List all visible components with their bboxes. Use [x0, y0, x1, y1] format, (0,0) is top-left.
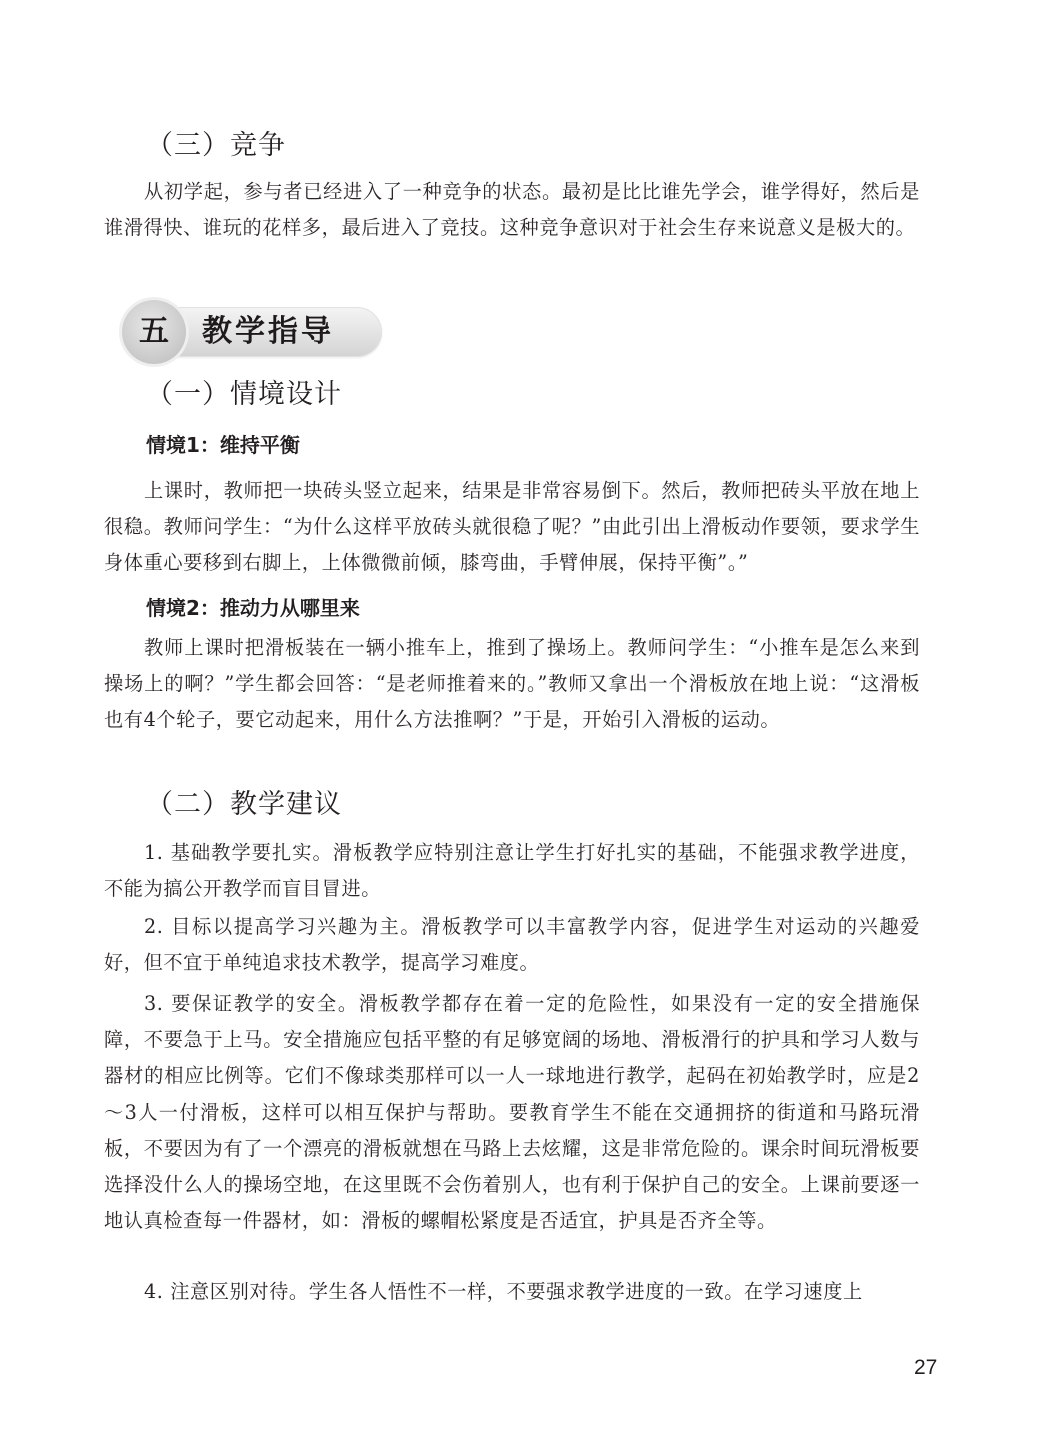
section-heading-teaching-suggestions: （二）教学建议: [146, 787, 342, 823]
suggestion-item-1: 1. 基础教学要扎实。滑板教学应特别注意让学生打好扎实的基础，不能强求教学进度，…: [104, 835, 920, 907]
situation-1-title: 情境1：维持平衡: [146, 430, 300, 460]
chapter-number: 五: [122, 300, 186, 364]
suggestion-item-4: 4. 注意区别对待。学生各人悟性不一样，不要强求教学进度的一致。在学习速度上: [104, 1274, 920, 1310]
page-number: 27: [914, 1356, 937, 1380]
suggestion-item-3: 3. 要保证教学的安全。滑板教学都存在着一定的危险性，如果没有一定的安全措施保障…: [104, 986, 920, 1239]
situation-2-title: 情境2：推动力从哪里来: [146, 593, 360, 623]
section-heading-competition: （三）竞争: [146, 128, 286, 164]
chapter-banner: 五 教学指导: [122, 300, 384, 364]
chapter-title: 教学指导: [202, 310, 334, 354]
document-page: （三）竞争 从初学起，参与者已经进入了一种竞争的状态。最初是比比谁先学会，谁学得…: [0, 0, 1038, 1452]
situation-2-paragraph: 教师上课时把滑板装在一辆小推车上，推到了操场上。教师问学生：“小推车是怎么来到操…: [104, 630, 920, 739]
situation-1-paragraph: 上课时，教师把一块砖头竖立起来，结果是非常容易倒下。然后，教师把砖头平放在地上很…: [104, 473, 920, 582]
section-heading-situation-design: （一）情境设计: [146, 377, 342, 413]
suggestion-item-2: 2. 目标以提高学习兴趣为主。滑板教学可以丰富教学内容，促进学生对运动的兴趣爱好…: [104, 909, 920, 981]
paragraph-competition: 从初学起，参与者已经进入了一种竞争的状态。最初是比比谁先学会，谁学得好，然后是谁…: [104, 174, 920, 246]
